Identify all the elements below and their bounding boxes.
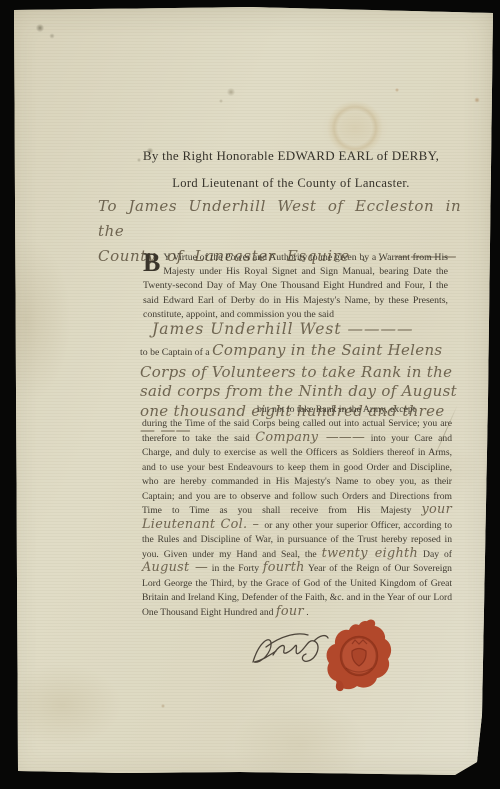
paper-sheet: By the Right Honorable EDWARD EARL of DE… (0, 0, 500, 789)
body-hand-segment: four (276, 604, 304, 619)
addressee-line-1: To James Underhill West of Eccleston in … (98, 194, 494, 244)
body-print-segment: Day of (418, 549, 452, 560)
derby-signature: Derby (240, 626, 336, 676)
opening-paragraph: BY Virtue of the Power and Authority to … (143, 251, 448, 322)
rank-exception-line: but not to take Rank in the Army, except (257, 404, 416, 415)
body-hand-segment: Company ——— (255, 430, 365, 445)
red-wax-seal: red wax seal (326, 618, 396, 700)
body-print-segment: in the Forty (208, 563, 263, 574)
body-print-segment: . (304, 607, 309, 618)
main-body-paragraph: during the Time of the said Corps being … (142, 417, 452, 620)
body-hand-segment: twenty eighth (322, 546, 418, 561)
commissioned-name-handwritten: James Underhill West ———— (152, 320, 414, 338)
title-line-1: By the Right Honorable EDWARD EARL of DE… (90, 148, 492, 164)
opening-paragraph-text: Y Virtue of the Power and Authority to m… (143, 252, 448, 320)
body-hand-segment: fourth (263, 560, 305, 575)
document-title: By the Right Honorable EDWARD EARL of DE… (90, 148, 492, 191)
title-line-2: Lord Lieutenant of the County of Lancast… (90, 176, 492, 191)
body-hand-segment: August — (142, 560, 208, 575)
dropcap-letter: B (143, 252, 160, 274)
body-print-segment: into your Care and Charge, and duly to e… (142, 433, 452, 517)
commission-document-photo: By the Right Honorable EDWARD EARL of DE… (0, 0, 500, 789)
captaincy-printed-lead: to be Captain of a (140, 347, 212, 358)
